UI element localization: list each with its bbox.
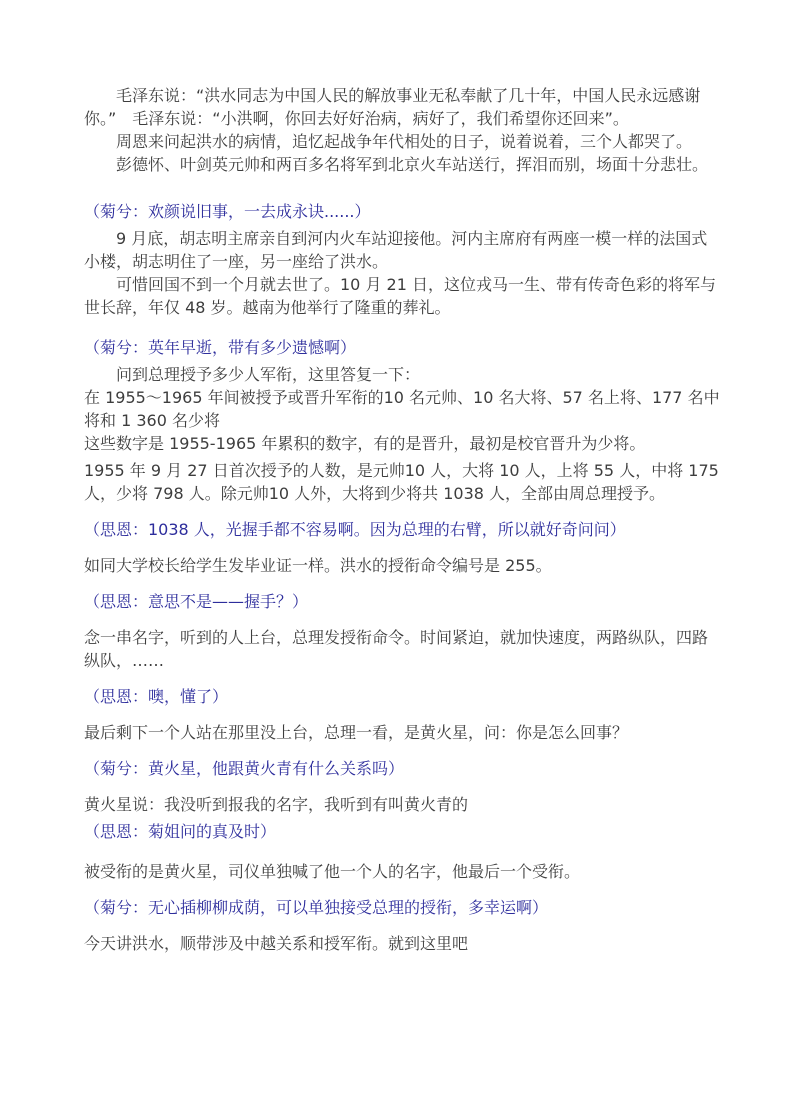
paragraph: 最后剩下一个人站在那里没上台，总理一看，是黄火星，问：你是怎么回事？ <box>84 721 720 744</box>
paragraph: 彭德怀、叶剑英元帅和两百多名将军到北京火车站送行，挥泪而别，场面十分悲壮。 <box>84 153 720 176</box>
comment-line: （菊兮：英年早逝，带有多少遗憾啊） <box>84 336 720 359</box>
comment-line: （思恩：菊姐问的真及时） <box>84 820 720 843</box>
paragraph: 周恩来问起洪水的病情，追忆起战争年代相处的日子，说着说着，三个人都哭了。 <box>84 130 720 153</box>
paragraph: 被受衔的是黄火星，司仪单独喊了他一个人的名字，他最后一个受衔。 <box>84 860 720 883</box>
comment-line: （菊兮：欢颜说旧事，一去成永诀......） <box>84 200 720 223</box>
paragraph: 在 1955～1965 年间被授予或晋升军衔的10 名元帅、10 名大将、57 … <box>84 386 720 432</box>
paragraph: 1955 年 9 月 27 日首次授予的人数，是元帅10 人，大将 10 人，上… <box>84 459 720 505</box>
paragraph: 这些数字是 1955-1965 年累积的数字，有的是晋升，最初是校官晋升为少将。 <box>84 432 720 455</box>
document-page: 毛泽东说：“洪水同志为中国人民的解放事业无私奉献了几十年，中国人民永远感谢你。”… <box>0 0 800 1100</box>
paragraph: 黄火星说：我没听到报我的名字，我听到有叫黄火青的 <box>84 793 720 816</box>
paragraph: 毛泽东说：“洪水同志为中国人民的解放事业无私奉献了几十年，中国人民永远感谢你。”… <box>84 84 720 130</box>
paragraph: 今天讲洪水，顺带涉及中越关系和授军衔。就到这里吧 <box>84 932 720 955</box>
comment-line: （思恩：1038 人，光握手都不容易啊。因为总理的右臂，所以就好奇问问） <box>84 518 720 541</box>
comment-line: （思恩：噢，懂了） <box>84 685 720 708</box>
paragraph: 如同大学校长给学生发毕业证一样。洪水的授衔命令编号是 255。 <box>84 554 720 577</box>
paragraph: 念一串名字，听到的人上台，总理发授衔命令。时间紧迫，就加快速度，两路纵队，四路纵… <box>84 626 720 672</box>
document-body: 毛泽东说：“洪水同志为中国人民的解放事业无私奉献了几十年，中国人民永远感谢你。”… <box>84 84 720 955</box>
comment-line: （菊兮：无心插柳柳成荫，可以单独接受总理的授衔，多幸运啊） <box>84 896 720 919</box>
comment-line: （思恩：意思不是——握手？） <box>84 590 720 613</box>
paragraph: 问到总理授予多少人军衔，这里答复一下： <box>84 363 720 386</box>
paragraph: 9 月底，胡志明主席亲自到河内火车站迎接他。河内主席府有两座一模一样的法国式小楼… <box>84 227 720 273</box>
comment-line: （菊兮：黄火星，他跟黄火青有什么关系吗） <box>84 757 720 780</box>
paragraph: 可惜回国不到一个月就去世了。10 月 21 日，这位戎马一生、带有传奇色彩的将军… <box>84 273 720 319</box>
